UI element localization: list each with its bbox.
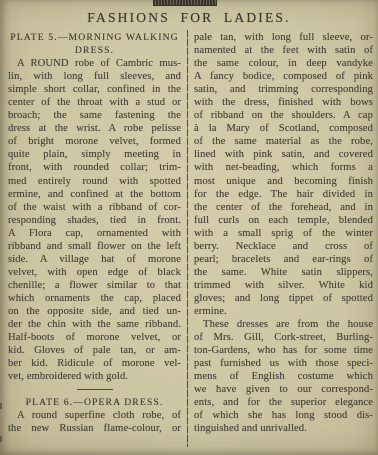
text-line: for the edge. The hair divided in xyxy=(194,188,373,201)
text-line: ermine, and confined at the bottom xyxy=(8,188,181,201)
text-line: the center of the forehead, and in xyxy=(194,201,373,214)
section-heading: DRESS. xyxy=(8,44,181,57)
scan-edge-artifact xyxy=(0,436,2,442)
text-line: which ornaments the cap, placed xyxy=(8,292,181,305)
text-columns: PLATE 5.—MORNING WALKINGDRESS.A ROUND ro… xyxy=(0,31,378,455)
section-separator-rule xyxy=(8,383,181,396)
text-line: chenille; a flower similar to that xyxy=(8,279,181,292)
text-line: broach; the same fastening the xyxy=(8,109,181,122)
text-line: ermine. xyxy=(194,305,373,318)
text-line: der the chin with the same ribband. xyxy=(8,318,181,331)
text-line: lin, with long full sleeves, and xyxy=(8,70,181,83)
text-line: quite plain, simply meeting in xyxy=(8,148,181,161)
text-line: ribband and small flower on the left xyxy=(8,240,181,253)
text-line: the same. White satin slippers, xyxy=(194,266,373,279)
text-line: tinguished and unrivalled. xyxy=(194,422,373,435)
text-line: full curls on each temple, blended xyxy=(194,214,373,227)
text-line: Half-boots of morone velvet, or xyxy=(8,331,181,344)
page-title: FASHIONS FOR LADIES. xyxy=(0,10,378,26)
text-line: dress at the wrist. A robe pelisse xyxy=(8,122,181,135)
text-line: à la Mary of Scotland, composed xyxy=(194,122,373,135)
text-line: med entirely round with spotted xyxy=(8,175,181,188)
text-line: berry. Necklace and cross of xyxy=(194,240,373,253)
text-line: satin, and trimming corresponding xyxy=(194,83,373,96)
text-line: pale tan, with long full sleeve, or- xyxy=(194,31,373,44)
text-line: velvet, with open edge of black xyxy=(8,266,181,279)
text-line: on the opposite side, and tied un- xyxy=(8,305,181,318)
section-heading: PLATE 6.—OPERA DRESS. xyxy=(8,396,181,409)
text-line: of Mrs. Gill, Cork-street, Burling- xyxy=(194,331,373,344)
text-line: we have given to our correspond- xyxy=(194,383,373,396)
text-line: ber kid. Ridicule of morone vel- xyxy=(8,357,181,370)
text-line: A Flora cap, ornamented with xyxy=(8,227,181,240)
right-column: pale tan, with long full sleeve, or-name… xyxy=(187,31,378,455)
text-line: the same colour, in deep vandyke xyxy=(194,57,373,70)
text-line: ents, and for the superior elegance xyxy=(194,396,373,409)
text-line: mens of English costume which xyxy=(194,370,373,383)
left-column: PLATE 5.—MORNING WALKINGDRESS.A ROUND ro… xyxy=(0,31,187,455)
printers-ornament-block xyxy=(153,0,217,6)
text-line: of the waist with a ribband of cor- xyxy=(8,201,181,214)
text-line: of the same material as the robe, xyxy=(194,135,373,148)
text-line: the new Russian flame-colour, or xyxy=(8,422,181,435)
scan-edge-artifact xyxy=(0,403,2,409)
text-line: of bright morone velvet, formed xyxy=(8,135,181,148)
text-line: center of the throat with a stud or xyxy=(8,96,181,109)
text-line: gloves; and long tippet of spotted xyxy=(194,292,373,305)
text-line: side. A village hat of morone xyxy=(8,253,181,266)
text-line: These dresses are from the house xyxy=(194,318,373,331)
text-line: of which she has long stood dis- xyxy=(194,409,373,422)
section-heading: PLATE 5.—MORNING WALKING xyxy=(8,31,181,44)
magazine-page: FASHIONS FOR LADIES. PLATE 5.—MORNING WA… xyxy=(0,0,378,455)
text-line: responding shades, tied in front. xyxy=(8,214,181,227)
text-line: of ribband on the shoulders. A cap xyxy=(194,109,373,122)
text-line: ton-Gardens, who has for some time xyxy=(194,344,373,357)
text-line: vet, embroidered with gold. xyxy=(8,370,181,383)
text-line: simple short collar, confined in the xyxy=(8,83,181,96)
text-line: A round superfine cloth robe, of xyxy=(8,409,181,422)
text-line: lined with pink satin, and covered xyxy=(194,148,373,161)
text-line: A fancy bodice, composed of pink xyxy=(194,70,373,83)
text-line: trimmed with silver. White kid xyxy=(194,279,373,292)
text-line: kid. Gloves of pale tan, or am- xyxy=(8,344,181,357)
text-line: namented at the feet with satin of xyxy=(194,44,373,57)
text-line: with net-beading, which forms a xyxy=(194,161,373,174)
text-line: pearl; bracelets and ear-rings of xyxy=(194,253,373,266)
text-line: with the dress, finished with bows xyxy=(194,96,373,109)
text-line: past furnished us with those speci- xyxy=(194,357,373,370)
text-line: with a small sprig of the winter xyxy=(194,227,373,240)
text-line: front, with rounded collar; trim- xyxy=(8,161,181,174)
text-line: most unique and becoming finish xyxy=(194,175,373,188)
text-line: A ROUND robe of Cambric mus- xyxy=(8,57,181,70)
